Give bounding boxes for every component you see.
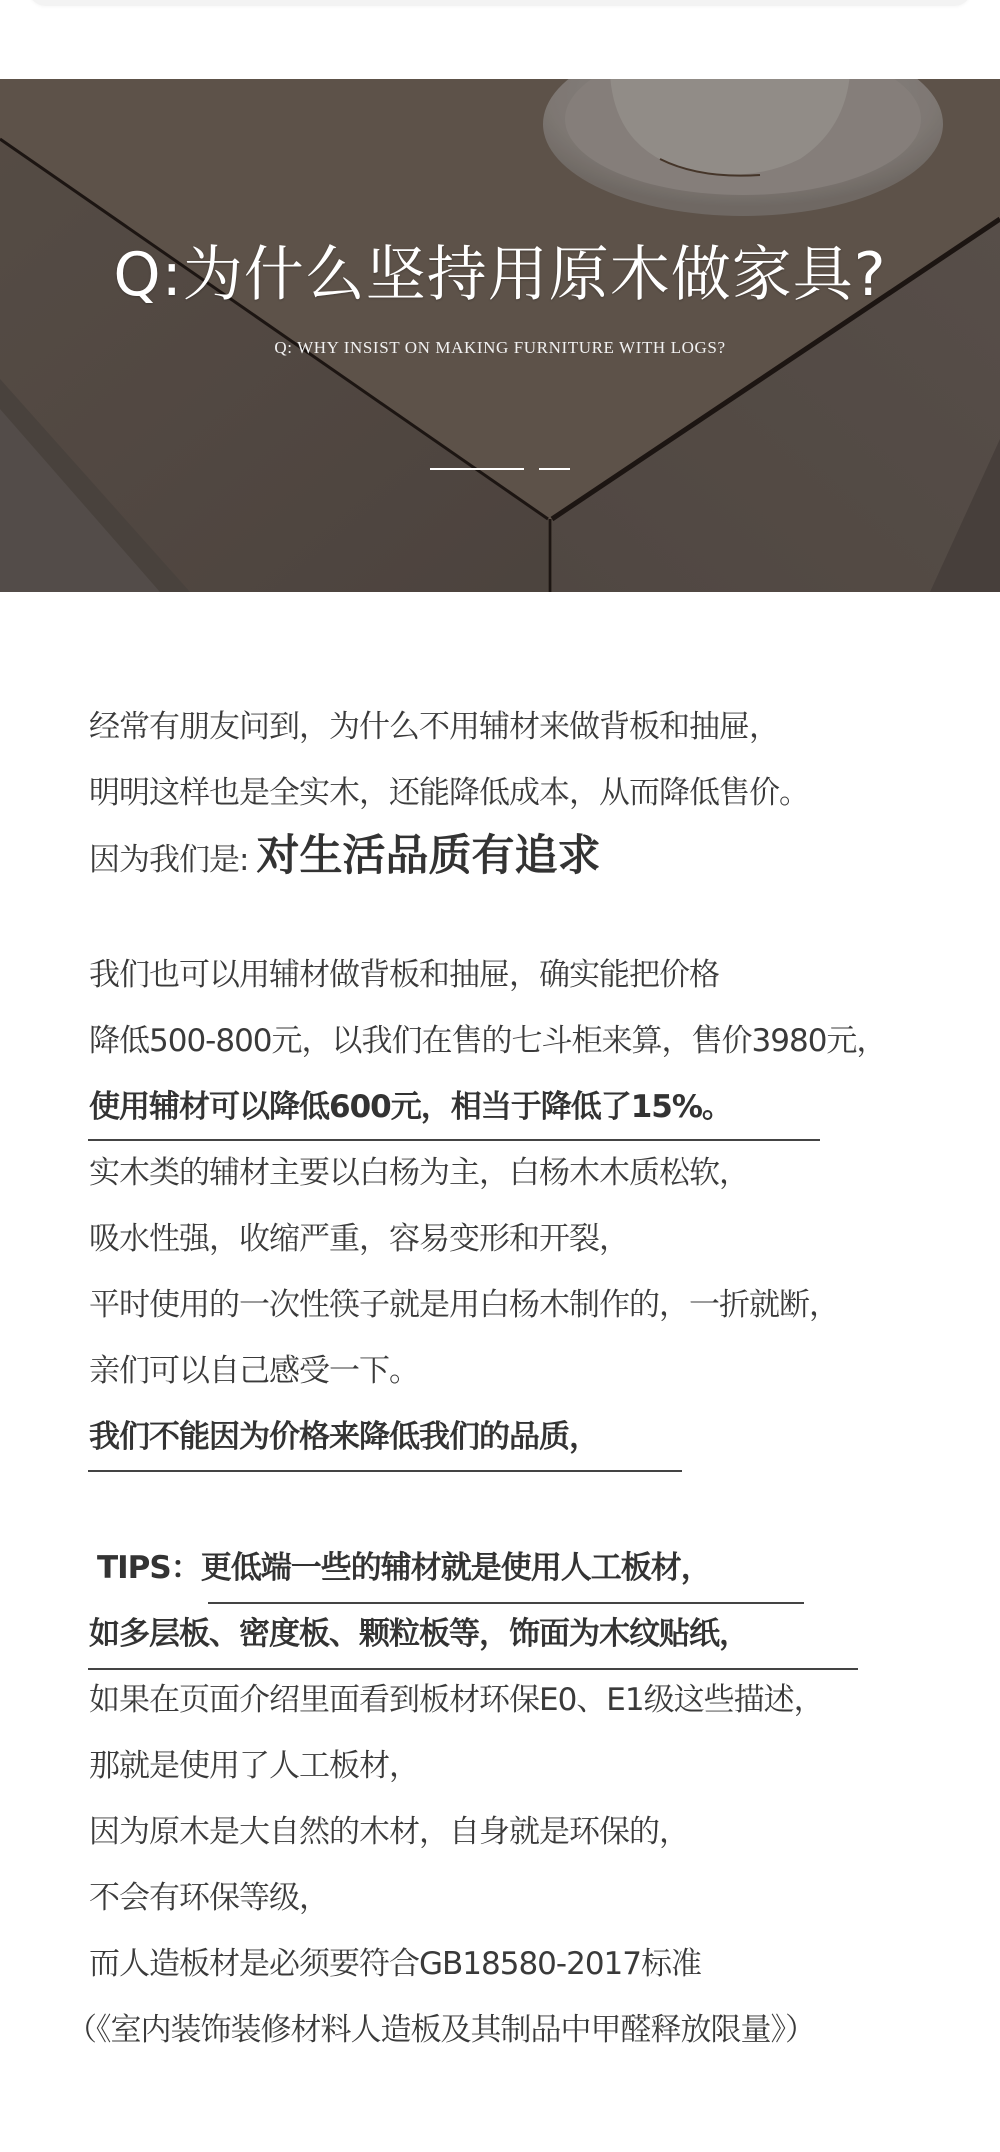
- quality-highlight: 我们不能因为价格来降低我们的品质，: [89, 1417, 599, 1457]
- tips-bold-text: 更低端一些的辅材就是使用人工板材，: [201, 1550, 711, 1586]
- cost-line: 我们也可以用辅材做背板和抽屉，确实能把价格: [89, 955, 719, 995]
- top-card-edge: [28, 0, 972, 6]
- intro-line: 明明这样也是全实木，还能降低成本，从而降低售价。: [89, 773, 809, 813]
- decorative-dash-short: [539, 468, 570, 470]
- cost-underline: [88, 1139, 820, 1141]
- tips-underline-2: [88, 1668, 858, 1670]
- cost-highlight: 使用辅材可以降低600元，相当于降低了15%。: [89, 1087, 732, 1127]
- cost-line: 降低500-800元，以我们在售的七斗柜来算，售价3980元，: [89, 1021, 886, 1061]
- tips-text-line: 而人造板材是必须要符合GB18580-2017标准: [89, 1944, 701, 1984]
- reason-line: 因为我们是:对生活品质有追求: [89, 836, 600, 880]
- tips-line-2: 如多层板、密度板、颗粒板等，饰面为木纹贴纸，: [89, 1614, 749, 1654]
- tips-underline-1: [208, 1602, 804, 1604]
- tips-label: TIPS：: [97, 1550, 201, 1586]
- tips-text-line: 如果在页面介绍里面看到板材环保E0、E1级这些描述，: [89, 1680, 824, 1720]
- tips-text-line: 那就是使用了人工板材，: [89, 1746, 419, 1786]
- tips-line-1: TIPS：更低端一些的辅材就是使用人工板材，: [97, 1548, 711, 1588]
- reason-prefix: 因为我们是:: [89, 842, 248, 878]
- hero-banner: Q:为什么坚持用原木做家具? Q: WHY INSIST ON MAKING F…: [0, 79, 1000, 592]
- hero-subtitle: Q: WHY INSIST ON MAKING FURNITURE WITH L…: [0, 338, 1000, 358]
- material-line: 亲们可以自己感受一下。: [89, 1351, 419, 1391]
- tips-text-line: 因为原木是大自然的木材，自身就是环保的，: [89, 1812, 689, 1852]
- decorative-dash-long: [430, 468, 524, 470]
- material-line: 平时使用的一次性筷子就是用白杨木制作的，一折就断，: [89, 1285, 839, 1325]
- intro-line: 经常有朋友问到，为什么不用辅材来做背板和抽屉，: [89, 707, 779, 747]
- tips-text-line: （《室内装饰装修材料人造板及其制品中甲醛释放限量》）: [66, 2010, 815, 2050]
- reason-emphasis: 对生活品质有追求: [256, 831, 600, 881]
- material-line: 实木类的辅材主要以白杨为主，白杨木木质松软，: [89, 1153, 749, 1193]
- quality-underline: [88, 1470, 682, 1472]
- hero-dark-overlay: [0, 79, 1000, 592]
- tips-text-line: 不会有环保等级，: [89, 1878, 329, 1918]
- hero-title: Q:为什么坚持用原木做家具?: [0, 239, 1000, 311]
- material-line: 吸水性强，收缩严重，容易变形和开裂，: [89, 1219, 629, 1259]
